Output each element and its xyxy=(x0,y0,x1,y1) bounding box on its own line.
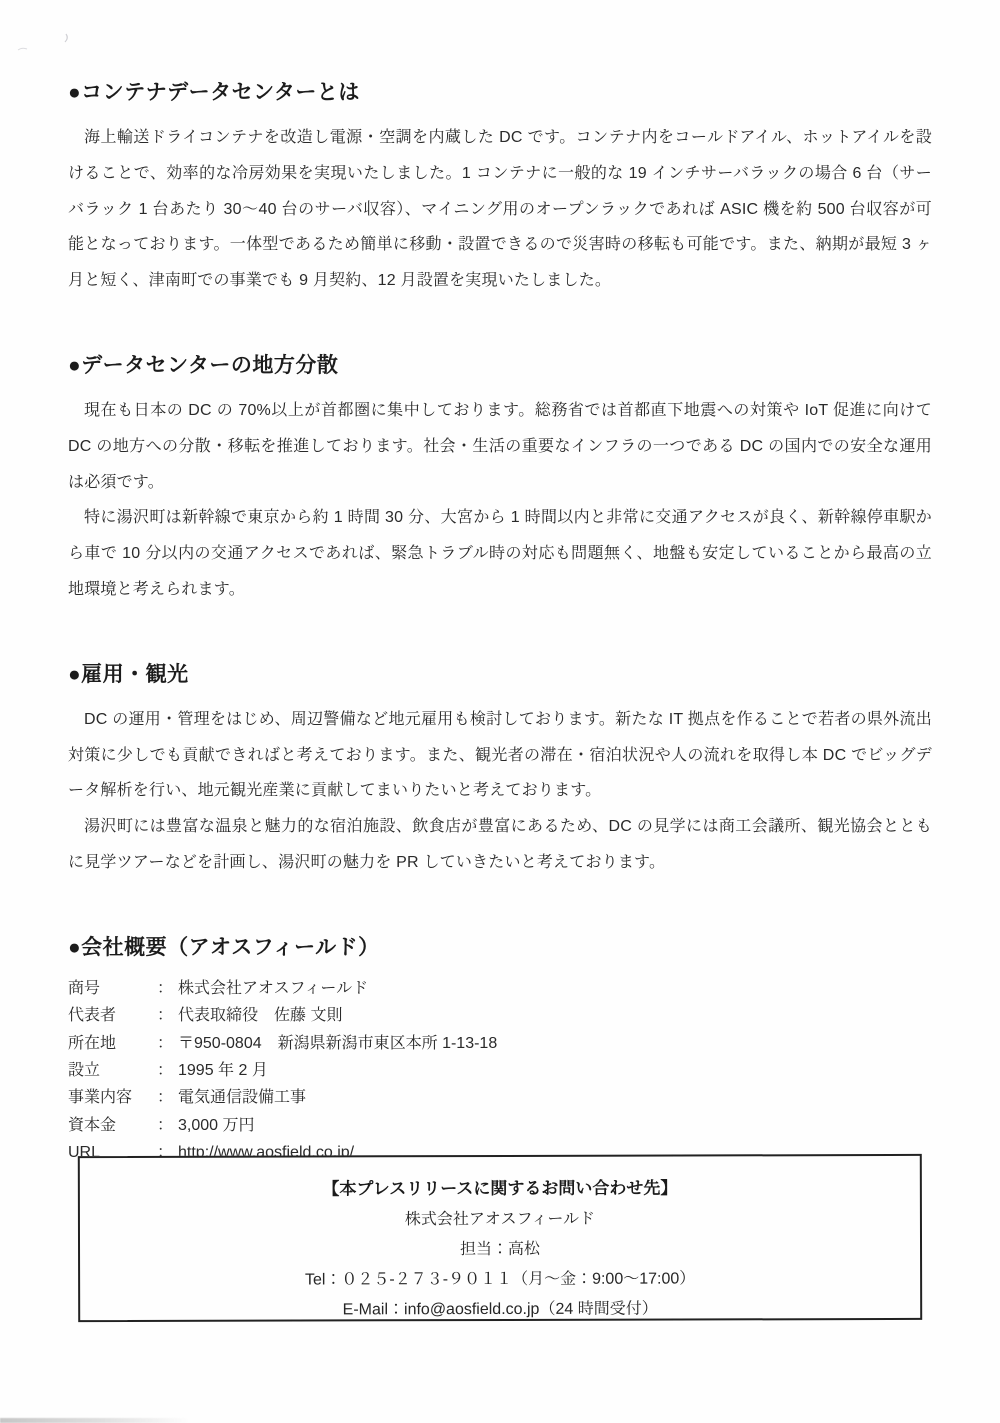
contact-box-title: 【本プレスリリースに関するお問い合わせ先】 xyxy=(90,1172,910,1206)
company-row-label: 商号 xyxy=(68,975,152,1002)
section-heading-company-overview: ●会社概要（アオスフィールド） xyxy=(68,931,932,961)
paragraph-employment-tourism-2: 湯沢町には豊富な温泉と魅力的な宿泊施設、飲食店が豊富にあるため、DC の見学には… xyxy=(68,809,932,881)
company-row-label: 設立 xyxy=(68,1057,152,1084)
section-container-datacenter: ●コンテナデータセンターとは 海上輸送ドライコンテナを改造し電源・空調を内蔵した… xyxy=(68,76,932,299)
company-row-label: 資本金 xyxy=(68,1112,152,1139)
paragraph-regional-distribution-1: 現在も日本の DC の 70%以上が首都圏に集中しております。総務省では首都直下… xyxy=(68,393,932,500)
paragraph-employment-tourism-1: DC の運用・管理をはじめ、周辺警備など地元雇用も検討しております。新たな IT… xyxy=(68,702,932,809)
company-row-label: 所在地 xyxy=(68,1030,152,1057)
company-row-value: 代表取締役 佐藤 文則 xyxy=(178,1002,932,1029)
company-row-capital: 資本金 ： 3,000 万円 xyxy=(68,1112,932,1139)
section-company-overview: ●会社概要（アオスフィールド） 商号 ： 株式会社アオスフィールド 代表者 ： … xyxy=(68,931,932,1167)
company-row-established: 設立 ： 1995 年 2 月 xyxy=(68,1057,932,1084)
section-heading-employment-tourism: ●雇用・観光 xyxy=(68,658,932,688)
company-row-value: 株式会社アオスフィールド xyxy=(178,975,932,1002)
section-heading-regional-distribution: ●データセンターの地方分散 xyxy=(68,349,932,379)
company-row-value: 〒950-0804 新潟県新潟市東区本所 1-13-18 xyxy=(178,1030,932,1057)
contact-email: E-Mail：info@aosfield.co.jp（24 時間受付） xyxy=(90,1294,910,1326)
company-row-address: 所在地 ： 〒950-0804 新潟県新潟市東区本所 1-13-18 xyxy=(68,1030,932,1057)
company-info-table: 商号 ： 株式会社アオスフィールド 代表者 ： 代表取締役 佐藤 文則 所在地 … xyxy=(68,975,932,1167)
contact-person: 担当：高松 xyxy=(90,1234,910,1266)
paragraph-regional-distribution-2: 特に湯沢町は新幹線で東京から約 1 時間 30 分、大宮から 1 時間以内と非常… xyxy=(68,500,932,607)
company-row-value: 電気通信設備工事 xyxy=(178,1084,932,1111)
company-row-representative: 代表者 ： 代表取締役 佐藤 文則 xyxy=(68,1002,932,1029)
company-row-value: 1995 年 2 月 xyxy=(178,1057,932,1084)
company-row-label: 代表者 xyxy=(68,1002,152,1029)
company-row-label: 事業内容 xyxy=(68,1084,152,1111)
paragraph-container-datacenter: 海上輸送ドライコンテナを改造し電源・空調を内蔵した DC です。コンテナ内をコー… xyxy=(68,120,932,299)
press-release-page: ●コンテナデータセンターとは 海上輸送ドライコンテナを改造し電源・空調を内蔵した… xyxy=(0,0,1000,1423)
company-row-separator: ： xyxy=(152,1030,178,1057)
company-row-separator: ： xyxy=(152,1112,178,1139)
contact-tel: Tel：０２５-２７３-９０１１（月～金：9:00～17:00） xyxy=(90,1264,910,1296)
company-row-separator: ： xyxy=(152,1002,178,1029)
company-row-trade-name: 商号 ： 株式会社アオスフィールド xyxy=(68,975,932,1002)
contact-company-name: 株式会社アオスフィールド xyxy=(90,1204,910,1236)
company-row-business: 事業内容 ： 電気通信設備工事 xyxy=(68,1084,932,1111)
contact-box: 【本プレスリリースに関するお問い合わせ先】 株式会社アオスフィールド 担当：高松… xyxy=(78,1154,922,1322)
company-row-separator: ： xyxy=(152,1057,178,1084)
company-row-separator: ： xyxy=(152,1084,178,1111)
company-row-separator: ： xyxy=(152,975,178,1002)
document-content: ●コンテナデータセンターとは 海上輸送ドライコンテナを改造し電源・空調を内蔵した… xyxy=(68,76,932,1167)
scan-artifact-smudge xyxy=(0,1418,190,1423)
section-regional-distribution: ●データセンターの地方分散 現在も日本の DC の 70%以上が首都圏に集中して… xyxy=(68,349,932,608)
section-heading-container-datacenter: ●コンテナデータセンターとは xyxy=(68,76,932,106)
section-employment-tourism: ●雇用・観光 DC の運用・管理をはじめ、周辺警備など地元雇用も検討しております… xyxy=(68,658,932,881)
scan-artifact-mark xyxy=(14,30,84,58)
company-row-value: 3,000 万円 xyxy=(178,1112,932,1139)
